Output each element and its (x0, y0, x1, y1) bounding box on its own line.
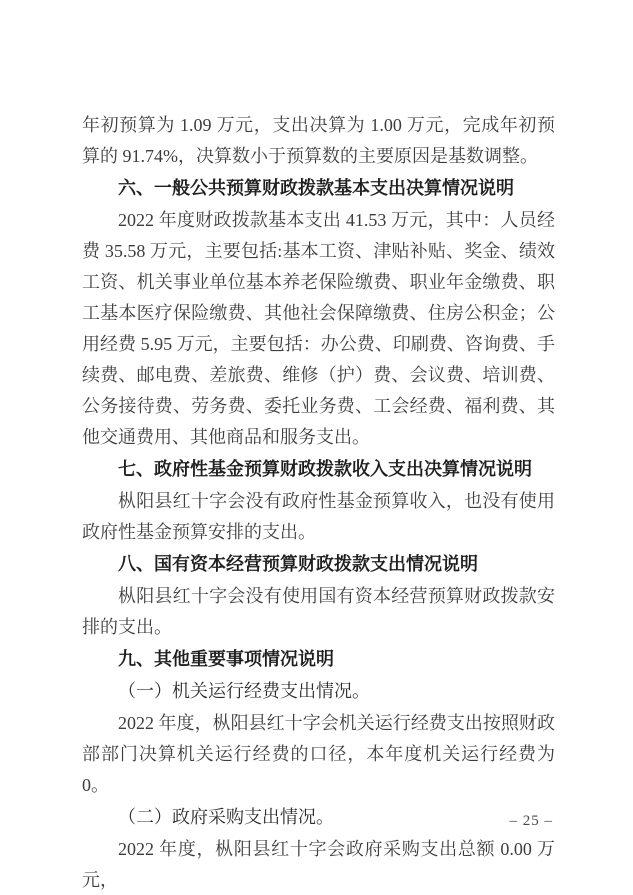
sub-heading-operating-expense: （一）机关运行经费支出情况。 (82, 676, 555, 707)
section-heading-6: 六、一般公共预算财政拨款基本支出决算情况说明 (82, 173, 555, 204)
paragraph-operating-expense: 2022 年度，枞阳县红十字会机关运行经费支出按照财政部部门决算机关运行经费的口… (82, 708, 555, 801)
section-heading-7: 七、政府性基金预算财政拨款收入支出决算情况说明 (82, 454, 555, 485)
paragraph-state-capital: 枞阳县红十字会没有使用国有资本经营预算财政拨款安排的支出。 (82, 581, 555, 643)
paragraph-procurement: 2022 年度，枞阳县红十字会政府采购支出总额 0.00 万元， (82, 834, 555, 895)
paragraph-budget-summary: 年初预算为 1.09 万元，支出决算为 1.00 万元，完成年初预算的 91.7… (82, 110, 555, 172)
page-number: – 25 – (510, 812, 554, 830)
document-content: 年初预算为 1.09 万元，支出决算为 1.00 万元，完成年初预算的 91.7… (82, 110, 555, 895)
paragraph-basic-expenditure: 2022 年度财政拨款基本支出 41.53 万元，其中：人员经费 35.58 万… (82, 205, 555, 453)
sub-heading-procurement: （二）政府采购支出情况。 (82, 802, 555, 833)
document-page: 年初预算为 1.09 万元，支出决算为 1.00 万元，完成年初预算的 91.7… (0, 0, 633, 895)
section-heading-9: 九、其他重要事项情况说明 (82, 644, 555, 675)
paragraph-government-fund: 枞阳县红十字会没有政府性基金预算收入，也没有使用政府性基金预算安排的支出。 (82, 486, 555, 548)
section-heading-8: 八、国有资本经营预算财政拨款支出情况说明 (82, 549, 555, 580)
